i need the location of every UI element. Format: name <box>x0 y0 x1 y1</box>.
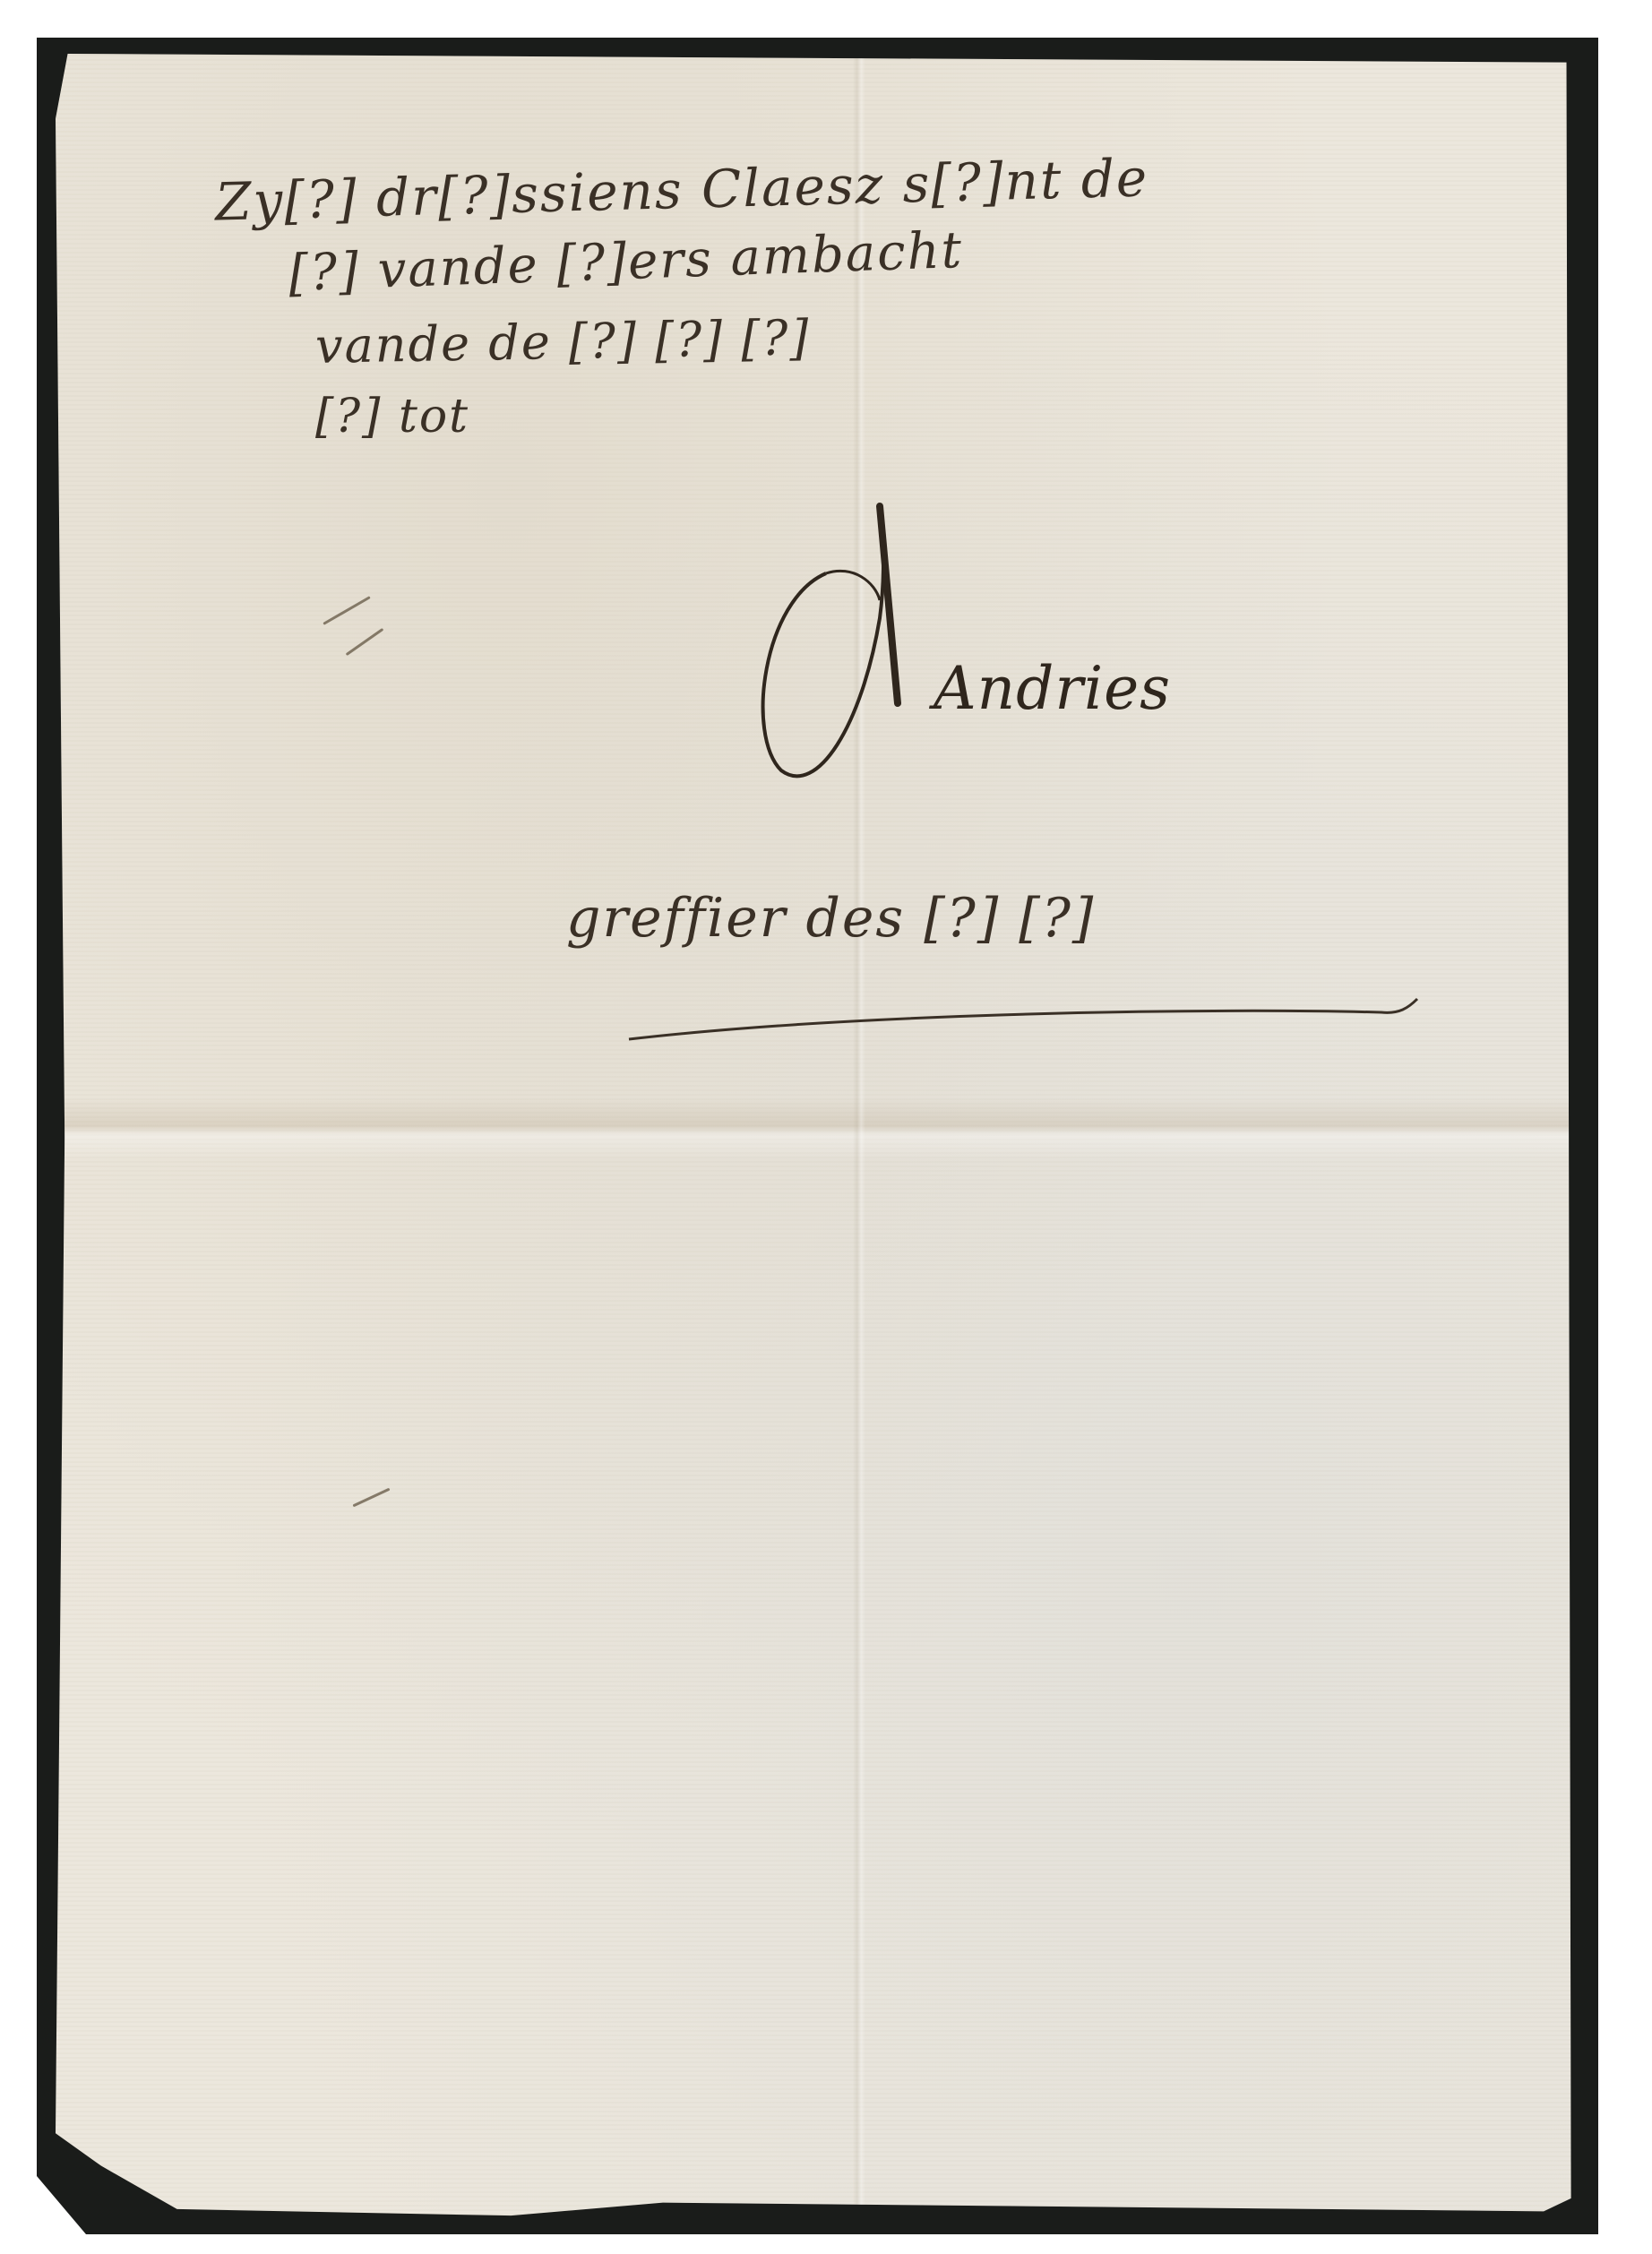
signature-name: Andries <box>934 654 1171 723</box>
horizontal-fold-crease <box>56 1097 1574 1160</box>
manuscript-line-3: vande de [?] [?] [?] <box>314 309 810 374</box>
paper-tear-mark <box>346 628 384 656</box>
paper-tear-mark <box>323 596 370 625</box>
vertical-fold-crease <box>853 54 865 2220</box>
manuscript-line-1: Zy[?] dr[?]ssiens Claesz s[?]nt de <box>214 147 1149 232</box>
paper-tear-mark <box>352 1488 390 1508</box>
underline-flourish-icon <box>593 994 1444 1048</box>
subscription-line: greffier des [?] [?] <box>566 887 1095 950</box>
manuscript-page: Zy[?] dr[?]ssiens Claesz s[?]nt de [?] v… <box>56 54 1574 2220</box>
signature: Andries <box>745 502 1301 806</box>
manuscript-line-4: [?] tot <box>315 390 469 443</box>
